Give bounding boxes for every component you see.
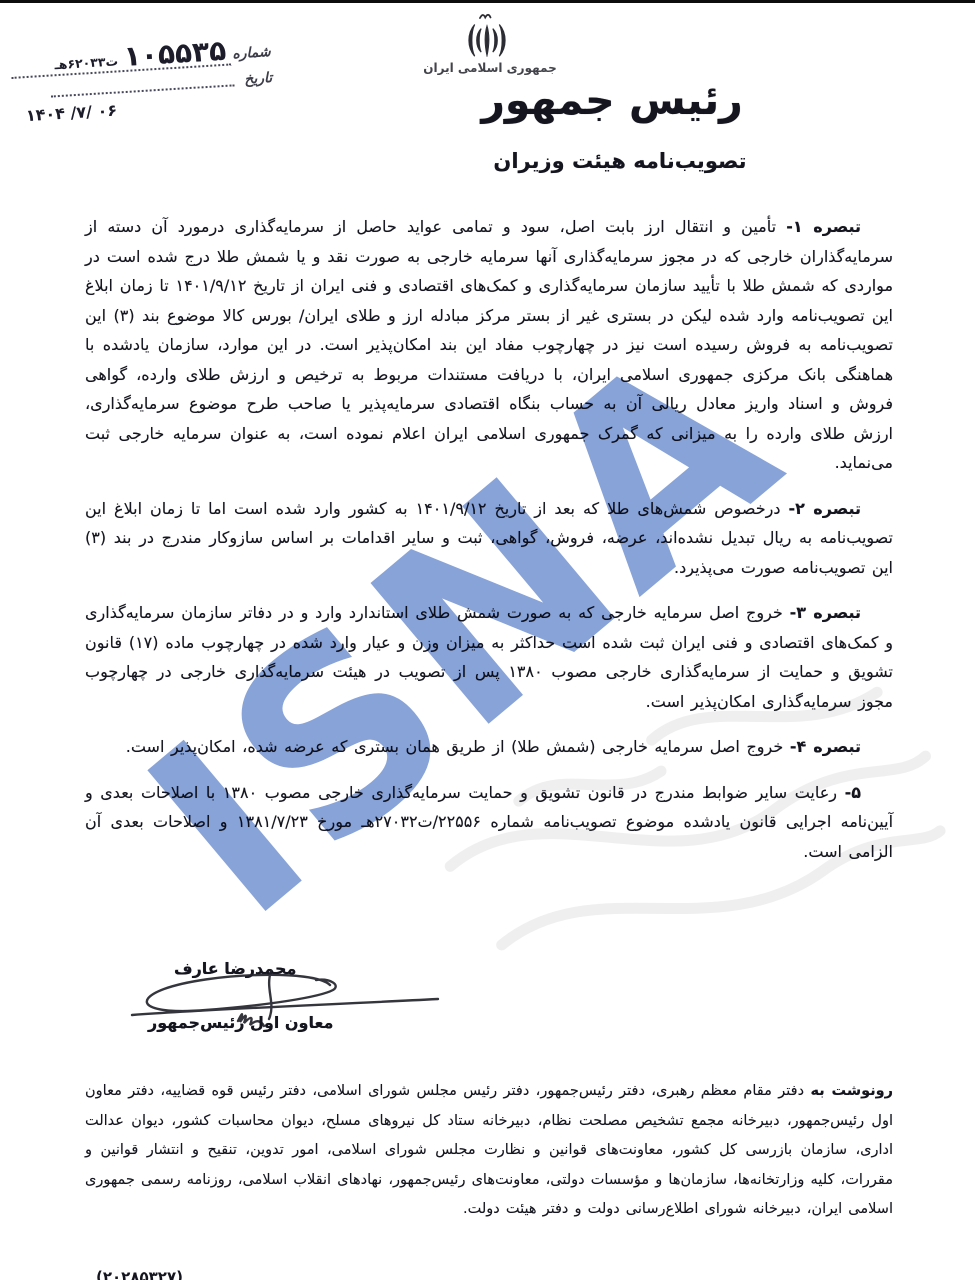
president-office-title: رئیس جمهور xyxy=(452,76,772,124)
distribution-text: دفتر مقام معظم رهبری، دفتر رئیس‌جمهور، د… xyxy=(85,1083,893,1217)
reference-stamp: شماره ۱۰۵۵۳۵ ت۶۲۰۳۳هـ تاریخ ۱۴۰۴ /۷/ ۰۶ xyxy=(8,34,274,126)
paragraph-text: خروج اصل سرمایه خارجی (شمش طلا) از طریق … xyxy=(126,737,783,756)
paragraph-lead: تبصره ۴- xyxy=(790,737,861,756)
decree-body: تبصره ۱- تأمین و انتقال ارز بابت اصل، سو… xyxy=(85,212,893,882)
paragraph-lead: تبصره ۲- xyxy=(788,499,861,518)
distribution-label: رونوشت به xyxy=(810,1083,893,1099)
document-page: شماره ۱۰۵۵۳۵ ت۶۲۰۳۳هـ تاریخ ۱۴۰۴ /۷/ ۰۶ … xyxy=(0,0,975,1280)
paragraph-note-2: تبصره ۲- درخصوص شمش‌های طلا که بعد از تا… xyxy=(85,494,893,583)
country-name: جمهوری اسلامی ایران xyxy=(336,60,643,75)
number-label: شماره xyxy=(232,44,271,64)
number-value: ۱۰۵۵۳۵ xyxy=(123,37,227,71)
paragraph-note-3: تبصره ۳- خروج اصل سرمایه خارجی که به صور… xyxy=(85,598,893,716)
distribution-note: رونوشت به دفتر مقام معظم رهبری، دفتر رئی… xyxy=(85,1077,893,1225)
paragraph-text: تأمین و انتقال ارز بابت اصل، سود و تمامی… xyxy=(85,217,893,472)
archive-number: (۲۰۲۸۵۳۲۷) xyxy=(96,1268,183,1280)
paragraph-lead: ۵- xyxy=(845,783,861,802)
paragraph-note-1: تبصره ۱- تأمین و انتقال ارز بابت اصل، سو… xyxy=(85,212,893,478)
signature-block: محمدرضا عارف معاون اول رئیس‌جمهور xyxy=(122,955,452,1047)
paragraph-note-4: تبصره ۴- خروج اصل سرمایه خارجی (شمش طلا)… xyxy=(85,732,893,762)
scan-edge-artifact xyxy=(0,0,975,3)
iran-emblem-icon xyxy=(456,11,518,65)
paragraph-lead: تبصره ۱- xyxy=(786,217,861,236)
date-label: تاریخ xyxy=(244,70,273,90)
signer-title: معاون اول رئیس‌جمهور xyxy=(148,1013,333,1032)
paragraph-lead: تبصره ۳- xyxy=(790,603,861,622)
paragraph-text: درخصوص شمش‌های طلا که بعد از تاریخ ۱۴۰۱/… xyxy=(85,499,893,577)
paragraph-item-5: ۵- رعایت سایر ضوابط مندرج در قانون تشویق… xyxy=(85,778,893,867)
paragraph-text: خروج اصل سرمایه خارجی که به صورت شمش طلا… xyxy=(85,603,893,711)
paragraph-text: رعایت سایر ضوابط مندرج در قانون تشویق و … xyxy=(85,783,893,861)
doc-type-title: تصویب‌نامه هیئت وزیران xyxy=(460,149,780,173)
signature-scrawl xyxy=(122,955,452,1047)
